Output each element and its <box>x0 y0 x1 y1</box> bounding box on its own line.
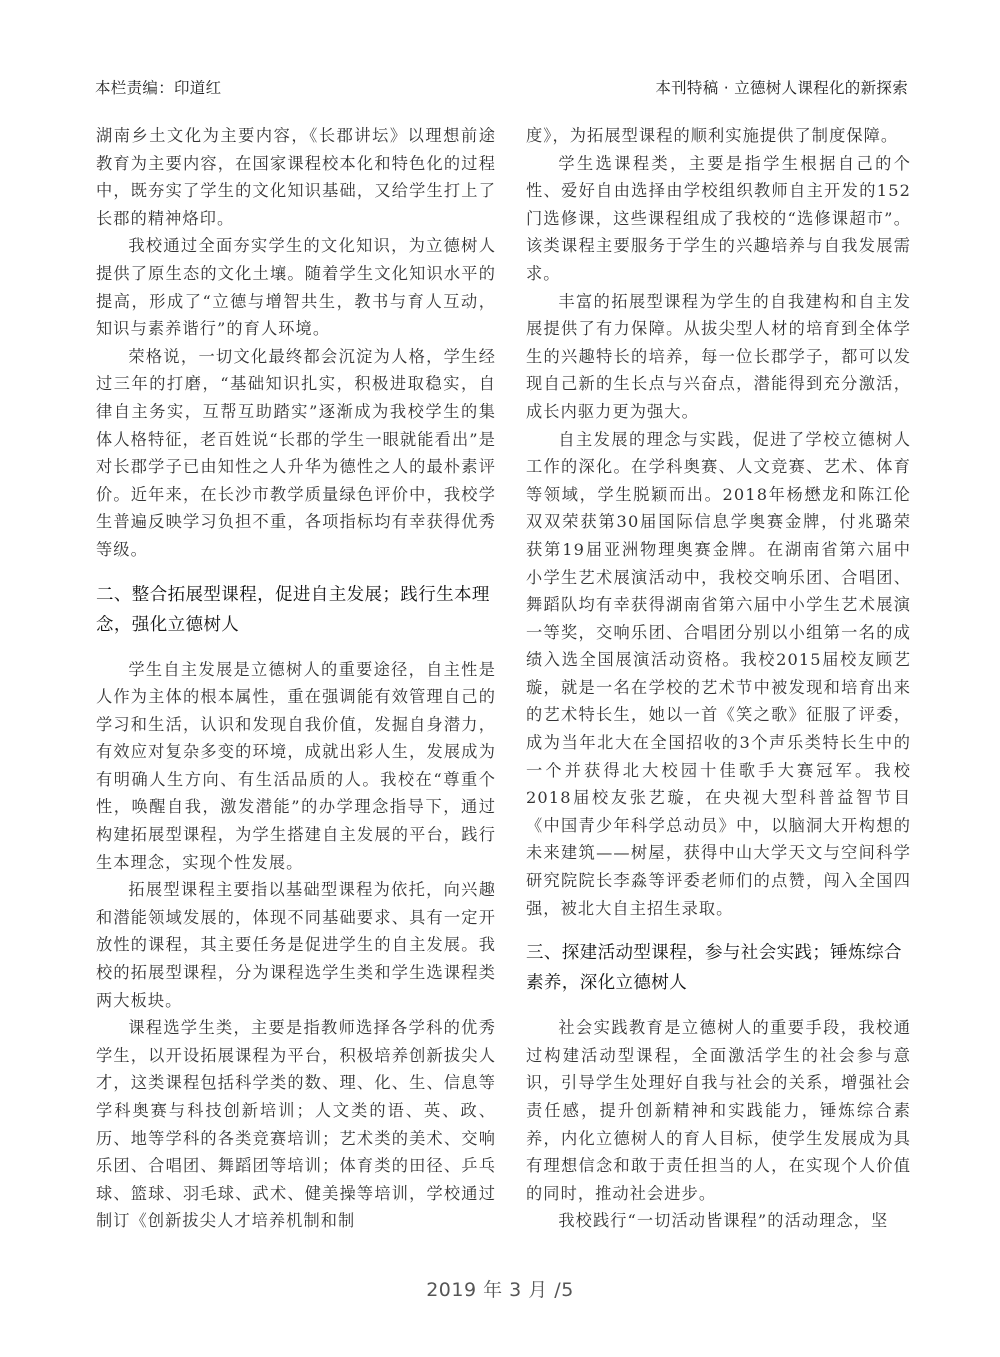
paragraph: 课程选学生类，主要是指教师选择各学科的优秀学生，以开设拓展课程为平台，积极培养创… <box>96 1014 496 1235</box>
right-column: 度》，为拓展型课程的顺利实施提供了制度保障。 学生选课程类，主要是指学生根据自己… <box>526 122 911 1235</box>
section-heading-2: 二、整合拓展型课程，促进自主发展；践行生本理念，强化立德树人 <box>96 580 496 640</box>
column-editor-credit: 本栏责编：印道红 <box>95 76 221 98</box>
paragraph: 社会实践教育是立德树人的重要手段，我校通过构建活动型课程，全面激活学生的社会参与… <box>526 1014 911 1207</box>
paragraph: 度》，为拓展型课程的顺利实施提供了制度保障。 <box>526 122 911 150</box>
paragraph: 我校通过全面夯实学生的文化知识，为立德树人提供了原生态的文化土壤。随着学生文化知… <box>96 232 496 342</box>
paragraph: 自主发展的理念与实践，促进了学校立德树人工作的深化。在学科奥赛、人文竞赛、艺术、… <box>526 426 911 923</box>
paragraph: 拓展型课程主要指以基础型课程为依托，向兴趣和潜能领域发展的，体现不同基础要求、具… <box>96 876 496 1014</box>
left-column: 湖南乡土文化为主要内容，《长郡讲坛》以理想前途教育为主要内容，在国家课程校本化和… <box>96 122 496 1235</box>
page-footer-date-number: 2019 年 3 月 /5 <box>0 1275 1000 1302</box>
paragraph: 丰富的拓展型课程为学生的自我建构和自主发展提供了有力保障。从拔尖型人材的培育到全… <box>526 288 911 426</box>
section-heading-3: 三、探建活动型课程，参与社会实践；锤炼综合素养，深化立德树人 <box>526 938 911 998</box>
paragraph: 湖南乡土文化为主要内容，《长郡讲坛》以理想前途教育为主要内容，在国家课程校本化和… <box>96 122 496 232</box>
running-header-title: 本刊特稿 · 立德树人课程化的新探索 <box>655 76 908 98</box>
paragraph: 我校践行“一切活动皆课程”的活动理念，坚 <box>526 1207 911 1235</box>
paragraph: 学生自主发展是立德树人的重要途径，自主性是人作为主体的根本属性，重在强调能有效管… <box>96 656 496 877</box>
paragraph: 学生选课程类，主要是指学生根据自己的个性、爱好自由选择由学校组织教师自主开发的1… <box>526 150 911 288</box>
paragraph: 荣格说，一切文化最终都会沉淀为人格，学生经过三年的打磨，“基础知识扎实，积极进取… <box>96 343 496 564</box>
